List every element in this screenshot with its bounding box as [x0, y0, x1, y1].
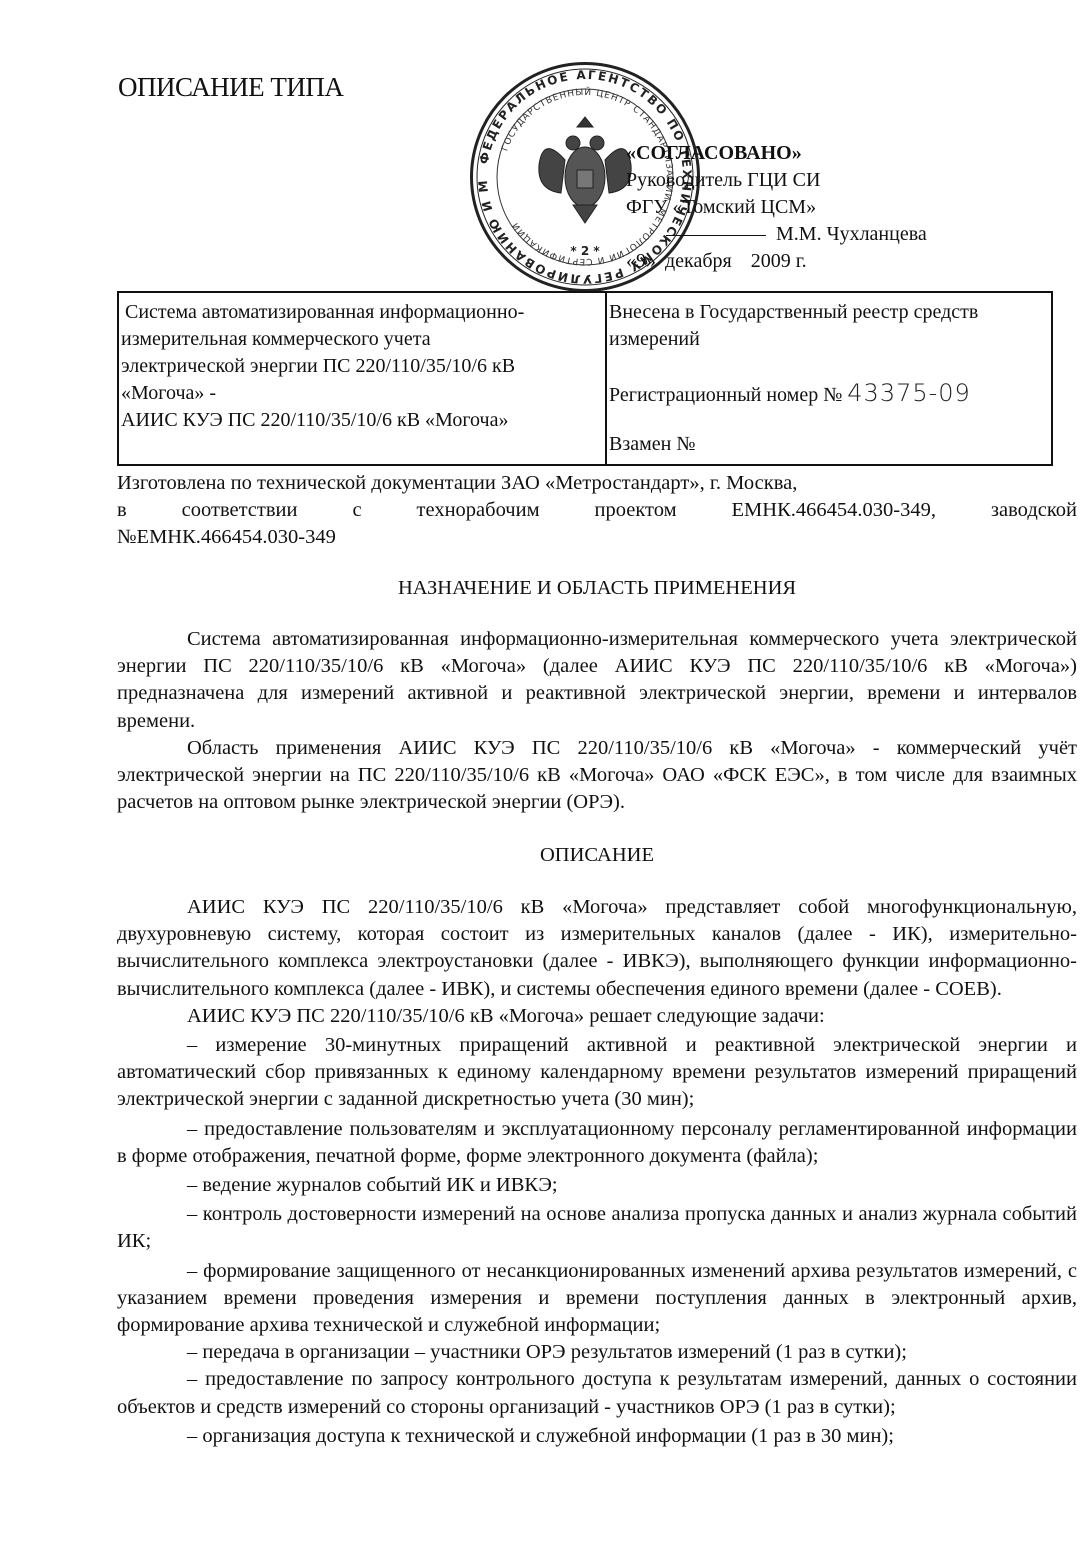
system-name-line: АИИС КУЭ ПС 220/110/35/10/6 кВ «Могоча»: [121, 407, 605, 434]
replaces-label: Взамен №: [609, 431, 1051, 458]
system-name-line: «Могоча» -: [121, 380, 605, 407]
purpose-section: Система автоматизированная информационно…: [117, 626, 1077, 816]
registration-number-row: Регистрационный номер № 43375-09: [609, 380, 1051, 409]
document-type-title: ОПИСАНИЕ ТИПА: [118, 72, 343, 103]
system-name-line: Система автоматизированная информационно…: [121, 299, 605, 326]
double-headed-eagle-icon: [539, 117, 631, 223]
task-item: – передача в организации – участники ОРЭ…: [117, 1339, 1077, 1366]
registry-info-table: Система автоматизированная информационно…: [117, 291, 1053, 466]
registry-line-1: Внесена в Государственный реестр средств: [609, 299, 1051, 326]
approval-block: «СОГЛАСОВАНО» Руководитель ГЦИ СИ ФГУ «Т…: [626, 140, 927, 275]
system-name-cell: Система автоматизированная информационно…: [119, 293, 607, 464]
document-page: ОПИСАНИЕ ТИПА ФЕДЕРАЛЬНОЕ АГЕНТСТВО ПО Т…: [0, 0, 1092, 1560]
approval-date: «9» декабря 2009 г.: [626, 248, 927, 275]
approval-date-year: 2009 г.: [751, 250, 807, 272]
approval-signatory: М.М. Чухланцева: [776, 223, 927, 245]
task-item: – контроль достоверности измерений на ос…: [117, 1201, 1077, 1255]
registry-cell: Внесена в Государственный реестр средств…: [607, 293, 1051, 464]
manufacture-block: Изготовлена по технической документации …: [117, 470, 1077, 552]
task-item: – организация доступа к технической и сл…: [117, 1423, 1077, 1450]
approval-title: «СОГЛАСОВАНО»: [626, 140, 927, 167]
approval-date-month: декабря: [665, 250, 732, 272]
description-section: АИИС КУЭ ПС 220/110/35/10/6 кВ «Могоча» …: [117, 894, 1077, 1450]
approval-position: Руководитель ГЦИ СИ: [626, 167, 927, 194]
registration-number-label: Регистрационный номер №: [609, 384, 842, 406]
approval-organization: ФГУ «Томский ЦСМ»: [626, 194, 927, 221]
section-heading-description: ОПИСАНИЕ: [117, 842, 1077, 869]
manufacture-line-2: в соответствии с технорабочим проектом Е…: [117, 497, 1077, 524]
system-name-line: измерительная коммерческого учета: [121, 326, 605, 353]
description-paragraph-2: АИИС КУЭ ПС 220/110/35/10/6 кВ «Могоча» …: [117, 1003, 1077, 1030]
manufacture-line-3: №ЕМНК.466454.030-349: [117, 524, 1077, 551]
task-item: – формирование защищенного от несанкцион…: [117, 1258, 1077, 1340]
signature-line: [666, 235, 766, 236]
task-item: – предоставление по запросу контрольного…: [117, 1366, 1077, 1420]
task-item: – ведение журналов событий ИК и ИВКЭ;: [117, 1172, 1077, 1199]
approval-date-day: «9»: [626, 250, 656, 272]
purpose-paragraph-2: Область применения АИИС КУЭ ПС 220/110/3…: [117, 735, 1077, 817]
task-item: – предоставление пользователям и эксплуа…: [117, 1116, 1077, 1170]
registration-number-handwritten: 43375-09: [847, 379, 971, 407]
description-paragraph-1: АИИС КУЭ ПС 220/110/35/10/6 кВ «Могоча» …: [117, 894, 1077, 1003]
svg-text:* 2 *: * 2 *: [570, 244, 600, 258]
manufacture-line-1: Изготовлена по технической документации …: [117, 470, 1077, 497]
section-heading-purpose: НАЗНАЧЕНИЕ И ОБЛАСТЬ ПРИМЕНЕНИЯ: [117, 575, 1077, 602]
purpose-paragraph-1: Система автоматизированная информационно…: [117, 626, 1077, 735]
approval-signatory-line: М.М. Чухланцева: [626, 221, 927, 248]
task-item: – измерение 30-минутных приращений актив…: [117, 1032, 1077, 1114]
registry-line-2: измерений: [609, 326, 1051, 353]
system-name-line: электрической энергии ПС 220/110/35/10/6…: [121, 353, 605, 380]
